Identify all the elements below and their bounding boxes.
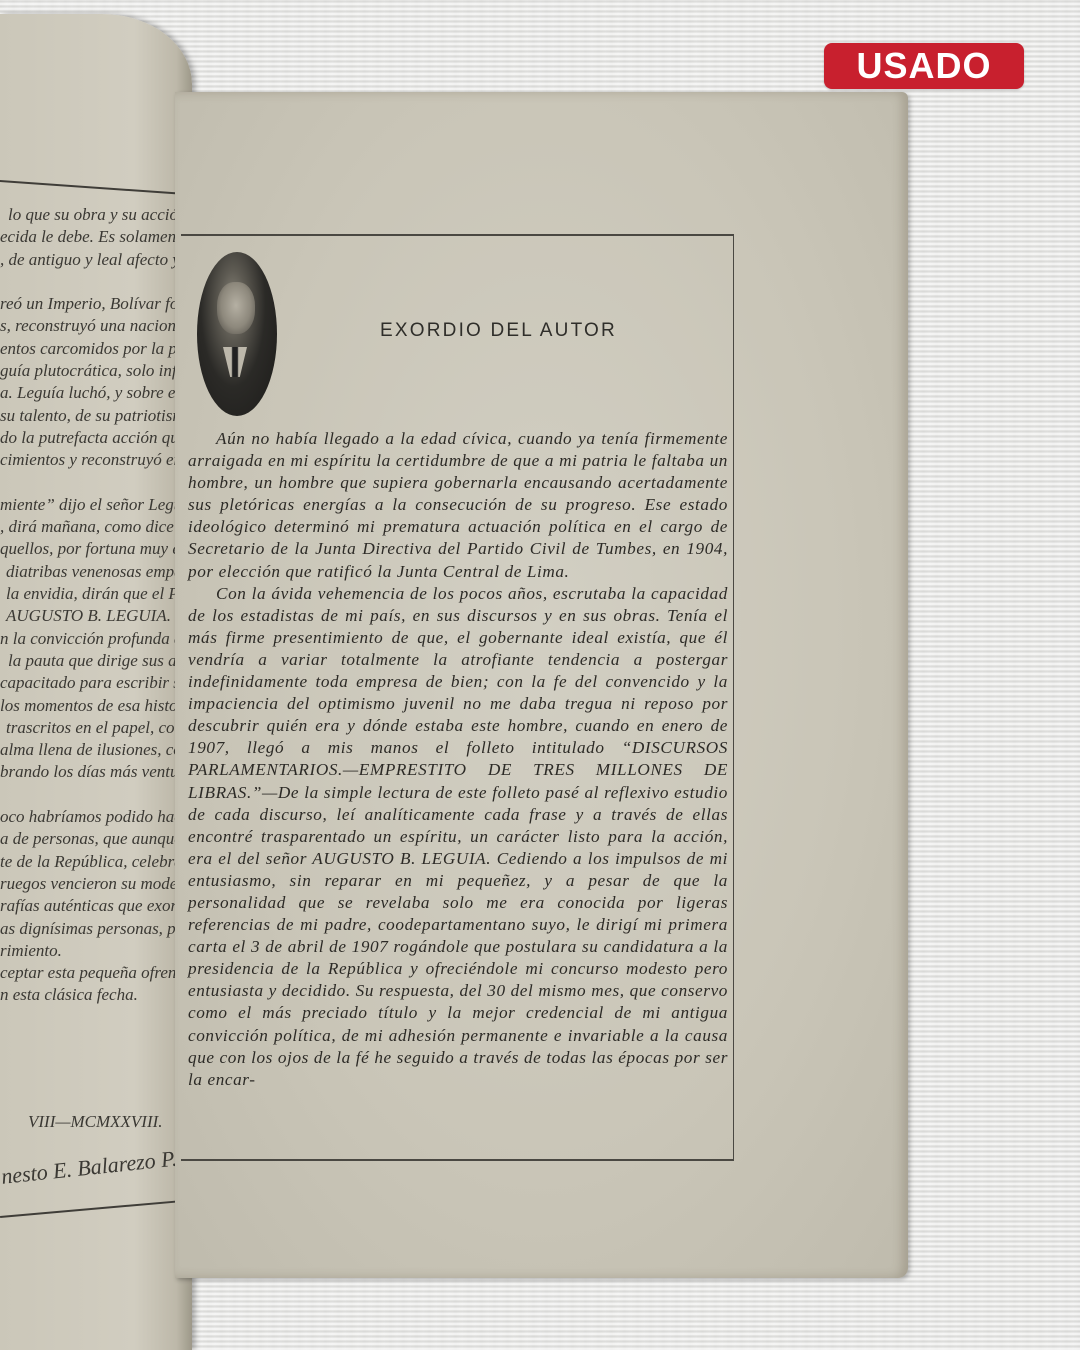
left-line: diatribas venenosas empapadas (0, 561, 192, 583)
left-line: rafías auténticas que exornan (0, 895, 192, 917)
left-line: ruegos vencieron su modestia (0, 873, 192, 895)
left-line: guía plutocrática, solo informada (0, 360, 192, 382)
left-line: miente” dijo el señor Leguía (0, 494, 192, 516)
left-line: s, reconstruyó una nacionalidad (0, 315, 192, 337)
left-line: su talento, de su patriotismo (0, 405, 192, 427)
left-page-text: lo que su obra y su acción ecida le debe… (0, 204, 192, 1007)
left-line: a. Leguía luchó, y sobre esas (0, 382, 192, 404)
left-line: trascritos en el papel, con el (0, 717, 192, 739)
left-line: la pauta que dirige sus actos (0, 650, 192, 672)
left-line: quellos, por fortuna muy escasos (0, 538, 192, 560)
portrait-collar (223, 347, 247, 377)
left-line (0, 784, 192, 806)
left-line: te de la República, celebran (0, 851, 192, 873)
left-line: cimientos y reconstruyó en (0, 449, 192, 471)
left-page-date: VIII—MCMXXVIII. (28, 1112, 163, 1132)
left-line: lo que su obra y su acción (0, 204, 192, 226)
left-line: ecida le debe. Es solamente (0, 226, 192, 248)
chapter-heading: EXORDIO DEL AUTOR (380, 320, 680, 342)
left-line (0, 271, 192, 293)
left-line: do la putrefacta acción que (0, 427, 192, 449)
paragraph: Con la ávida vehemencia de los pocos año… (188, 583, 728, 1091)
left-book-page: lo que su obra y su acción ecida le debe… (0, 14, 192, 1350)
paragraph: Aún no había llegado a la edad cívica, c… (188, 428, 728, 583)
author-portrait-image (197, 252, 277, 416)
left-line: AUGUSTO B. LEGUIA. (0, 605, 192, 627)
left-line: a de personas, que aunque (0, 828, 192, 850)
left-line: capacitado para escribir sobre (0, 672, 192, 694)
right-book-page: EXORDIO DEL AUTOR Aún no había llegado a… (175, 92, 908, 1278)
left-line: , dirá mañana, como dice la (0, 516, 192, 538)
left-line (0, 472, 192, 494)
left-line: reó un Imperio, Bolívar formó (0, 293, 192, 315)
left-line: entos carcomidos por la política (0, 338, 192, 360)
left-page-signature: nesto E. Balarezo P. (0, 1146, 178, 1190)
portrait-face (217, 282, 255, 334)
left-line: , de antiguo y leal afecto y (0, 249, 192, 271)
left-page-top-rule (0, 180, 190, 195)
left-line: los momentos de esa historia (0, 695, 192, 717)
used-condition-badge: USADO (824, 43, 1024, 89)
left-line: ceptar esta pequeña ofrenda (0, 962, 192, 984)
left-line: alma llena de ilusiones, con (0, 739, 192, 761)
chapter-body: Aún no había llegado a la edad cívica, c… (188, 428, 728, 1091)
left-line: n esta clásica fecha. (0, 984, 192, 1006)
left-page-bottom-rule (0, 1199, 189, 1218)
left-line: as dignísimas personas, para (0, 918, 192, 940)
left-line: la envidia, dirán que el Perú (0, 583, 192, 605)
left-line: brando los días más venturosos (0, 761, 192, 783)
left-line: rimiento. (0, 940, 192, 962)
left-line: n la convicción profunda de (0, 628, 192, 650)
left-line: oco habríamos podido hacer (0, 806, 192, 828)
